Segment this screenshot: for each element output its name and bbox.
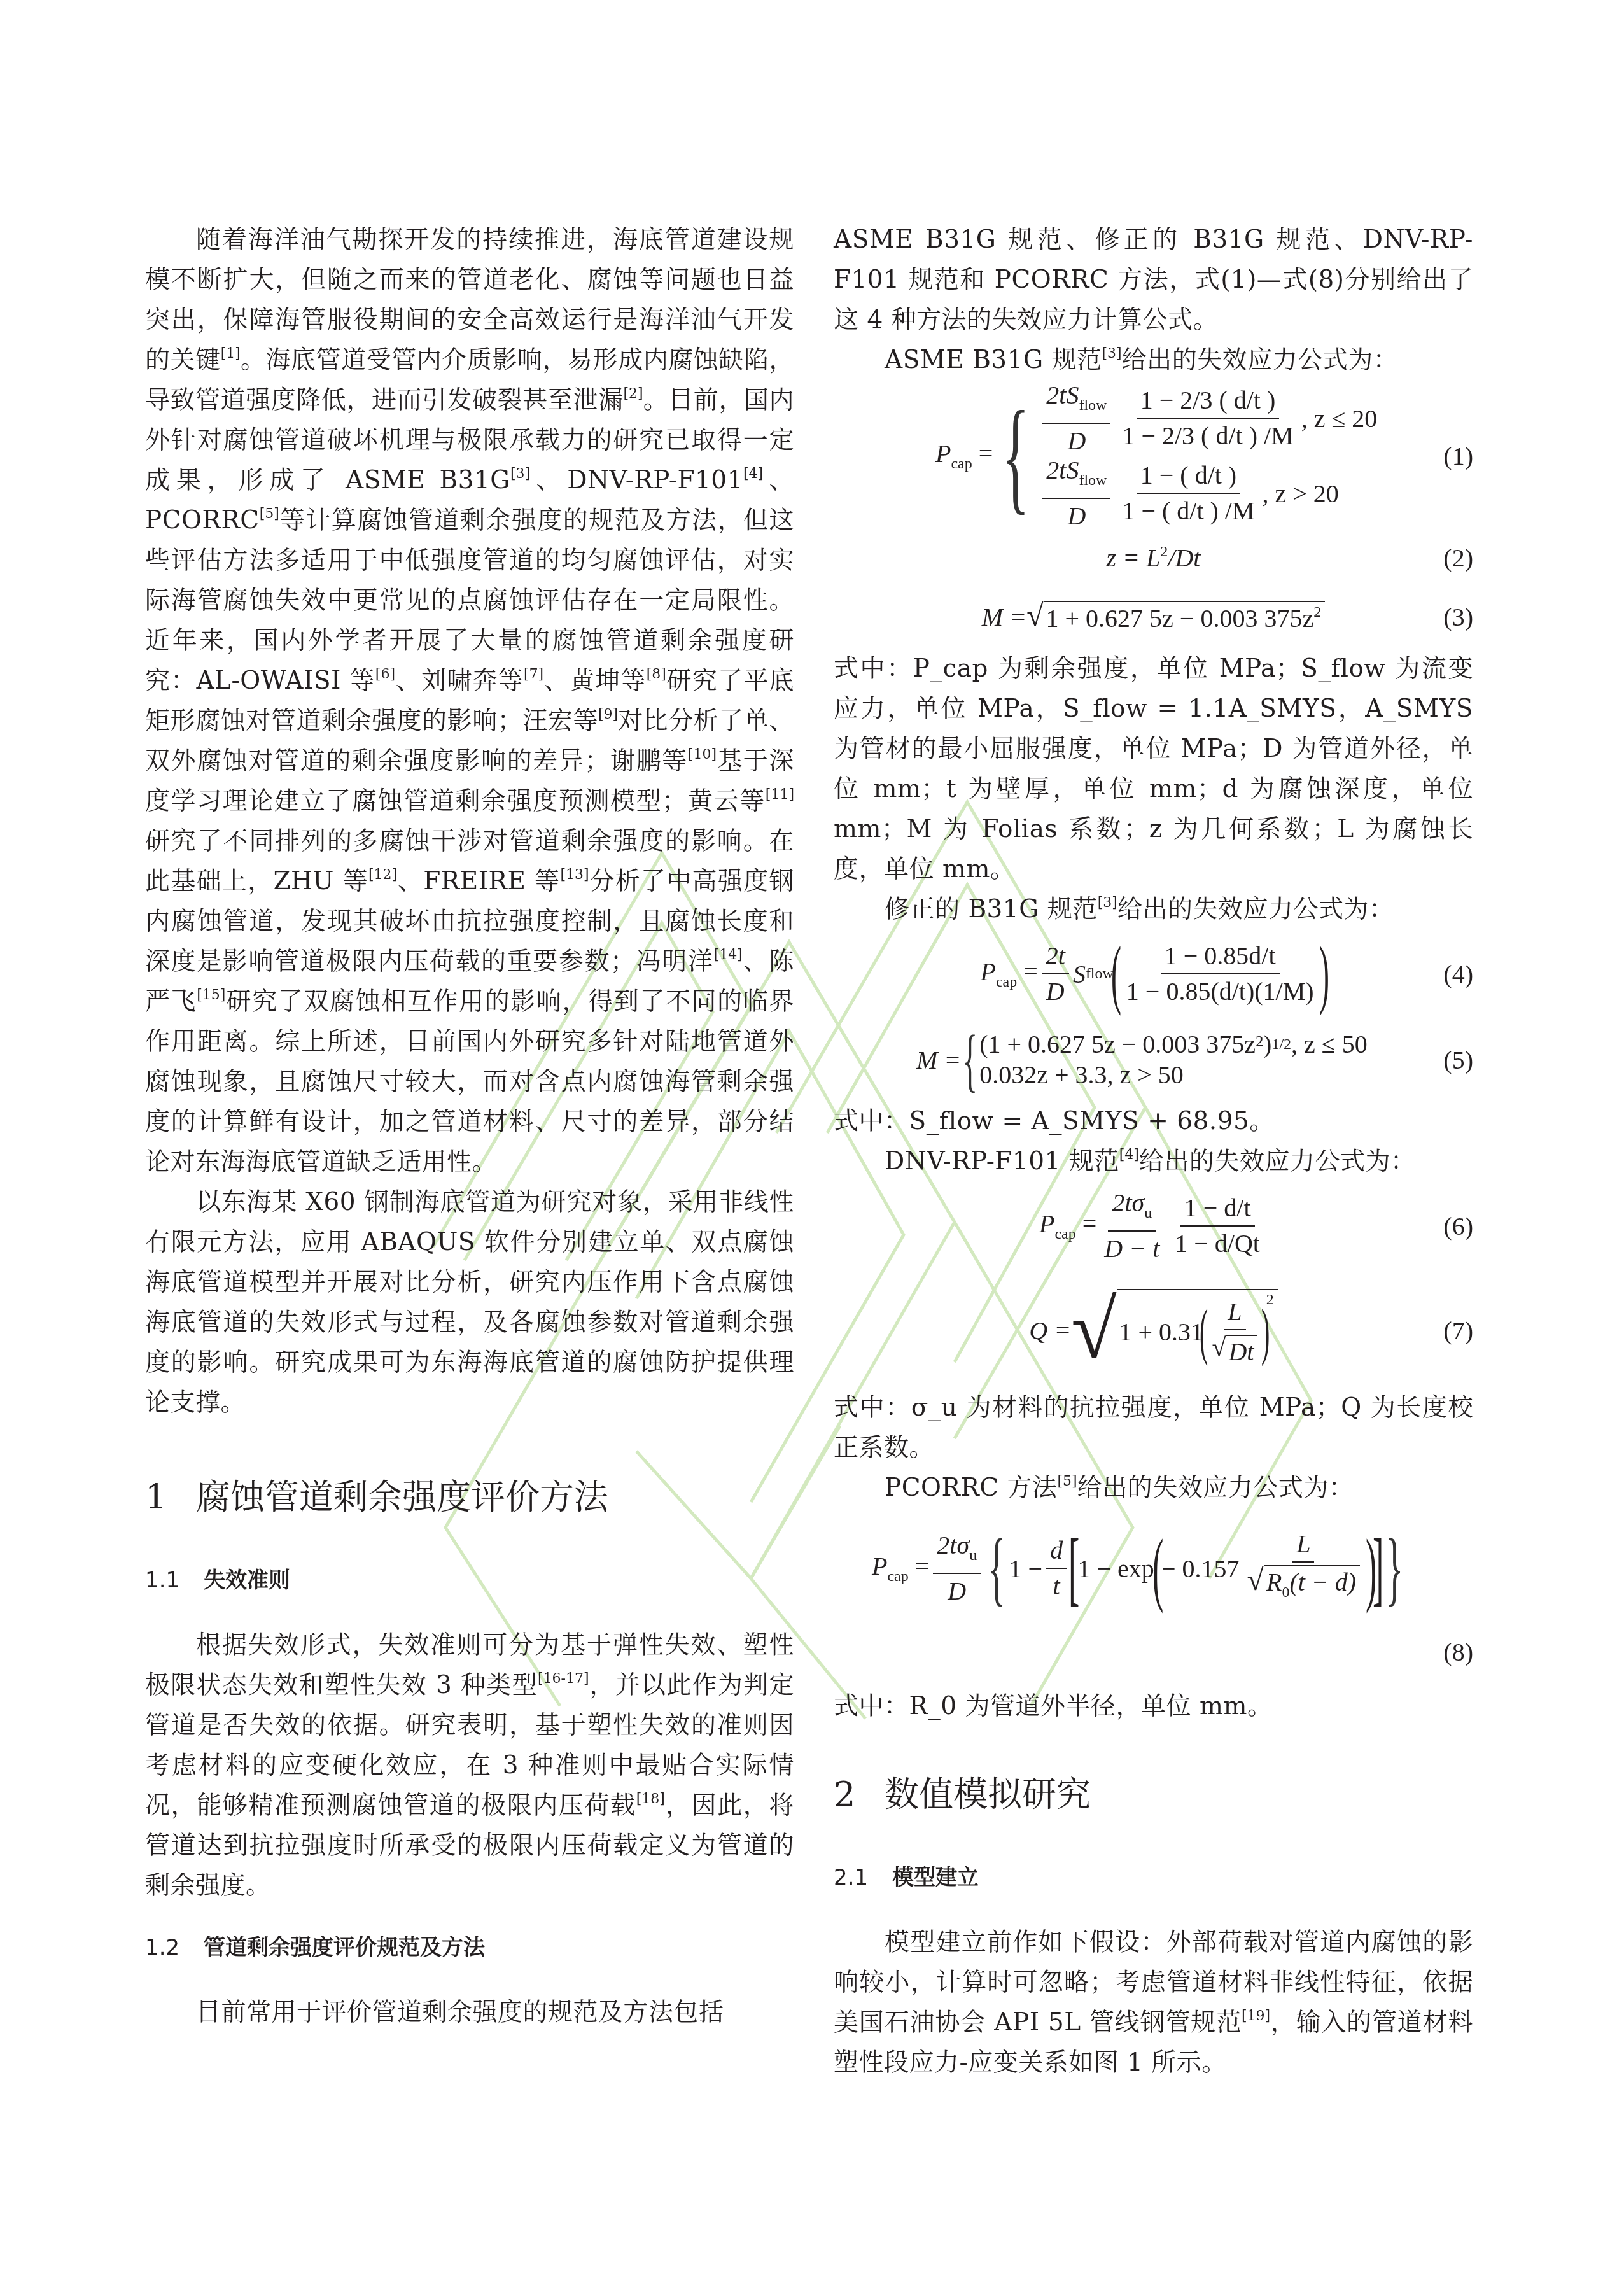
intro-paragraph-2: 以东海某 X60 钢制海底管道为研究对象，采用非线性有限元方法，应用 ABAQU…: [145, 1182, 794, 1423]
den: D: [1067, 426, 1086, 455]
sub: flow: [1079, 397, 1107, 414]
left-brace: {: [1002, 392, 1030, 519]
var: R: [1266, 1568, 1282, 1596]
intro-text: 给出的失效应力公式为：: [1117, 895, 1394, 924]
where-clause-1: 式中：P_cap 为剩余强度，单位 MPa；S_flow 为流变应力，单位 MP…: [834, 649, 1473, 889]
var: P: [872, 1552, 887, 1580]
expr: z = L: [1107, 544, 1161, 572]
where-clause-3: 式中：σ_u 为材料的抗拉强度，单位 MPa；Q 为长度校正系数。: [834, 1388, 1473, 1468]
den: Dt: [1228, 1337, 1254, 1366]
section-title: 数值模拟研究: [885, 1775, 1091, 1815]
den: 1 − 2/3 ( d/t ) /M: [1118, 419, 1297, 451]
sup: 2: [1313, 604, 1321, 621]
section-1-heading: 1腐蚀管道剩余强度评价方法: [145, 1479, 794, 1517]
intro-text: 给出的失效应力公式为：: [1139, 1147, 1416, 1176]
pcorrc-intro: PCORRC 方法[5]给出的失效应力公式为：: [834, 1468, 1473, 1508]
citation: [1]: [221, 346, 241, 362]
citation: [3]: [510, 466, 530, 482]
sub: 0: [1282, 1584, 1289, 1601]
sup: 1/2: [1271, 1029, 1291, 1060]
sub: cap: [887, 1568, 908, 1585]
intro-text: 修正的 B31G 规范: [885, 895, 1098, 924]
intro-text: ASME B31G 规范: [885, 346, 1102, 374]
sub: flow: [1086, 966, 1114, 983]
citation: [11]: [766, 787, 794, 803]
equation-number: (8): [1443, 1637, 1473, 1667]
condition: , z ≤ 50: [1291, 1029, 1368, 1060]
equation-number: (5): [1443, 1045, 1473, 1075]
sub: cap: [951, 456, 972, 472]
subsection-title: 失效准则: [204, 1568, 290, 1593]
sub: u: [1144, 1205, 1152, 1221]
expr: /Dt: [1168, 544, 1200, 572]
condition: , z ≤ 20: [1301, 404, 1378, 433]
num: 2tS: [1046, 381, 1079, 409]
num: 1 − 0.85d/t: [1161, 941, 1280, 974]
equation-1: Pcap = { 2tSflowD 1 − 2/3 ( d/t )1 − 2/3…: [834, 389, 1473, 523]
equation-2: z = L2/Dt (2): [834, 535, 1473, 580]
citation: [6]: [375, 666, 395, 682]
text-run: 、黄坤等: [543, 666, 647, 695]
var: S: [1073, 959, 1086, 989]
sup: 2: [1160, 544, 1168, 560]
equation-5: M = { (1 + 0.627 5z − 0.003 375z²)1/2, z…: [834, 1025, 1473, 1095]
radicand: 1 + 0.627 5z − 0.003 375z: [1046, 604, 1314, 633]
citation: [15]: [197, 987, 225, 1003]
subsection-title: 管道剩余强度评价规范及方法: [204, 1935, 485, 1960]
num: 2tσ: [937, 1531, 969, 1559]
subsection-number: 1.1: [145, 1566, 204, 1594]
den: D: [1046, 977, 1065, 1006]
subsection-number: 1.2: [145, 1934, 204, 1962]
sub: u: [969, 1547, 977, 1564]
text-run: 、FREIRE 等: [397, 867, 560, 896]
num: 2tσ: [1112, 1188, 1144, 1217]
citation: [3]: [1102, 346, 1122, 362]
text-run: 、DNV-RP-F101: [530, 466, 743, 495]
expr: 1 − exp: [1077, 1554, 1154, 1584]
equation-7: Q = √ 1 + 0.31 ( L√Dt )2 (7): [834, 1279, 1473, 1381]
paragraph-evaluation-methods-cont: ASME B31G 规范、修正的 B31G 规范、DNV-RP-F101 规范和…: [834, 220, 1473, 340]
den: 1 − ( d/t ) /M: [1118, 494, 1258, 526]
intro-text: 给出的失效应力公式为：: [1122, 346, 1399, 374]
citation: [16-17]: [538, 1671, 589, 1687]
paragraph-evaluation-methods-start: 目前常用于评价管道剩余强度的规范及方法包括: [145, 1992, 794, 2032]
citation: [9]: [598, 707, 618, 722]
condition: , z > 20: [1263, 479, 1339, 509]
right-column: ASME B31G 规范、修正的 B31G 规范、DNV-RP-F101 规范和…: [834, 220, 1473, 2083]
text-run: 、刘啸奔等: [395, 666, 524, 695]
lhs: M =: [916, 1045, 961, 1075]
equation-number: (2): [1443, 543, 1473, 573]
section-1-1-heading: 1.1失效准则: [145, 1566, 794, 1594]
citation: [8]: [647, 666, 666, 682]
equation-6: Pcap = 2tσuD − t 1 − d/t1 − d/Qt (6): [834, 1188, 1473, 1264]
intro-text: DNV-RP-F101 规范: [885, 1147, 1119, 1176]
paragraph-failure-criteria: 根据失效形式，失效准则可分为基于弹性失效、塑性极限状态失效和塑性失效 3 种类型…: [145, 1625, 794, 1906]
equation-8: Pcap = 2tσuD { 1 − dt [ 1 − exp ( − 0.15…: [834, 1514, 1473, 1680]
square-root: √ 1 + 0.31 ( L√Dt )2: [1071, 1289, 1278, 1372]
den: t: [1053, 1571, 1060, 1600]
citation: [13]: [560, 867, 589, 883]
sub: flow: [1079, 472, 1107, 489]
num: d: [1050, 1536, 1063, 1564]
sub: cap: [996, 974, 1017, 990]
where-clause-2: 式中：S_flow = A_SMYS + 68.95。: [834, 1101, 1473, 1141]
lhs: M =: [982, 602, 1026, 632]
citation: [7]: [524, 666, 543, 682]
equation-number: (1): [1443, 441, 1473, 471]
intro-paragraph-1: 随着海洋油气勘探开发的持续推进，海底管道建设规模不断扩大，但随之而来的管道老化、…: [145, 220, 794, 1182]
square-root: √1 + 0.627 5z − 0.003 375z2: [1026, 601, 1325, 633]
citation: [4]: [743, 466, 763, 482]
citation: [12]: [368, 867, 397, 883]
den: D − t: [1104, 1234, 1159, 1263]
right-paren: ): [1319, 936, 1329, 1012]
citation: [4]: [1119, 1147, 1139, 1163]
den: D: [1067, 502, 1086, 530]
paragraph-model-setup: 模型建立前作如下假设：外部荷载对管道内腐蚀的影响较小，计算时可忽略；考虑管道材料…: [834, 1922, 1473, 2083]
case-1: (1 + 0.627 5z − 0.003 375z²): [979, 1029, 1271, 1060]
var: P: [980, 957, 995, 986]
var: P: [1039, 1209, 1054, 1238]
sub: cap: [1054, 1226, 1075, 1242]
text-run: 研究了双腐蚀相互作用的影响，得到了不同的临界作用距离。综上所述，目前国内外研究多…: [145, 987, 794, 1176]
equation-number: (6): [1443, 1211, 1473, 1241]
den: D: [948, 1577, 966, 1605]
equation-number: (7): [1443, 1316, 1473, 1346]
section-number: 2: [834, 1776, 885, 1814]
case-1: 2tSflowD 1 − 2/3 ( d/t )1 − 2/3 ( d/t ) …: [1039, 381, 1377, 456]
left-paren: (: [1111, 936, 1121, 1012]
lhs: Q =: [1029, 1316, 1071, 1346]
num: 2t: [1046, 941, 1065, 970]
den: 1 − d/Qt: [1171, 1227, 1264, 1258]
citation: [5]: [260, 506, 279, 522]
dnv-intro: DNV-RP-F101 规范[4]给出的失效应力公式为：: [834, 1141, 1473, 1181]
num: 1 − ( d/t ): [1137, 461, 1240, 494]
inner: 1 + 0.31: [1119, 1317, 1204, 1347]
section-title: 腐蚀管道剩余强度评价方法: [196, 1477, 608, 1517]
equation-number: (3): [1443, 602, 1473, 632]
section-2-heading: 2数值模拟研究: [834, 1776, 1473, 1814]
citation: [18]: [636, 1791, 665, 1807]
num: 1 − d/t: [1180, 1193, 1255, 1227]
num: L: [1296, 1529, 1310, 1558]
modified-b31g-intro: 修正的 B31G 规范[3]给出的失效应力公式为：: [834, 889, 1473, 929]
expr: (t − d): [1289, 1568, 1356, 1596]
citation: [5]: [1058, 1473, 1077, 1489]
equation-4: Pcap = 2tD Sflow ( 1 − 0.85d/t1 − 0.85(d…: [834, 936, 1473, 1012]
citation: [10]: [688, 747, 717, 763]
section-number: 1: [145, 1479, 196, 1517]
citation: [19]: [1242, 2008, 1270, 2024]
subsection-title: 模型建立: [892, 1865, 979, 1890]
citation: [14]: [714, 947, 743, 963]
equation-number: (4): [1443, 959, 1473, 989]
num: 2tS: [1046, 456, 1079, 484]
section-1-2-heading: 1.2管道剩余强度评价规范及方法: [145, 1934, 794, 1962]
case-2: 0.032z + 3.3, z > 50: [979, 1060, 1184, 1090]
num: L: [1228, 1297, 1242, 1326]
den: 1 − 0.85(d/t)(1/M): [1123, 974, 1318, 1006]
citation: [3]: [1098, 895, 1117, 911]
asme-intro: ASME B31G 规范[3]给出的失效应力公式为：: [834, 340, 1473, 380]
where-clause-4: 式中：R_0 为管道外半径，单位 mm。: [834, 1686, 1473, 1726]
intro-text: 给出的失效应力公式为：: [1077, 1473, 1354, 1502]
section-2-1-heading: 2.1模型建立: [834, 1864, 1473, 1892]
expr: − 0.157: [1161, 1554, 1240, 1584]
left-brace: {: [963, 1025, 978, 1095]
equation-3: M = √1 + 0.627 5z − 0.003 375z2 (3): [834, 591, 1473, 642]
subsection-number: 2.1: [834, 1864, 892, 1892]
intro-text: PCORRC 方法: [885, 1473, 1058, 1502]
case-2: 2tSflowD 1 − ( d/t )1 − ( d/t ) /M , z >…: [1039, 456, 1377, 531]
left-column: 随着海洋油气勘探开发的持续推进，海底管道建设规模不断扩大，但随之而来的管道老化、…: [145, 220, 794, 2032]
cases: (1 + 0.627 5z − 0.003 375z²)1/2, z ≤ 50 …: [979, 1029, 1368, 1090]
var: P: [935, 439, 951, 468]
expr: 1 −: [1009, 1554, 1043, 1584]
num: 1 − 2/3 ( d/t ): [1137, 386, 1280, 419]
cases: 2tSflowD 1 − 2/3 ( d/t )1 − 2/3 ( d/t ) …: [1039, 381, 1377, 531]
citation: [2]: [624, 386, 643, 402]
